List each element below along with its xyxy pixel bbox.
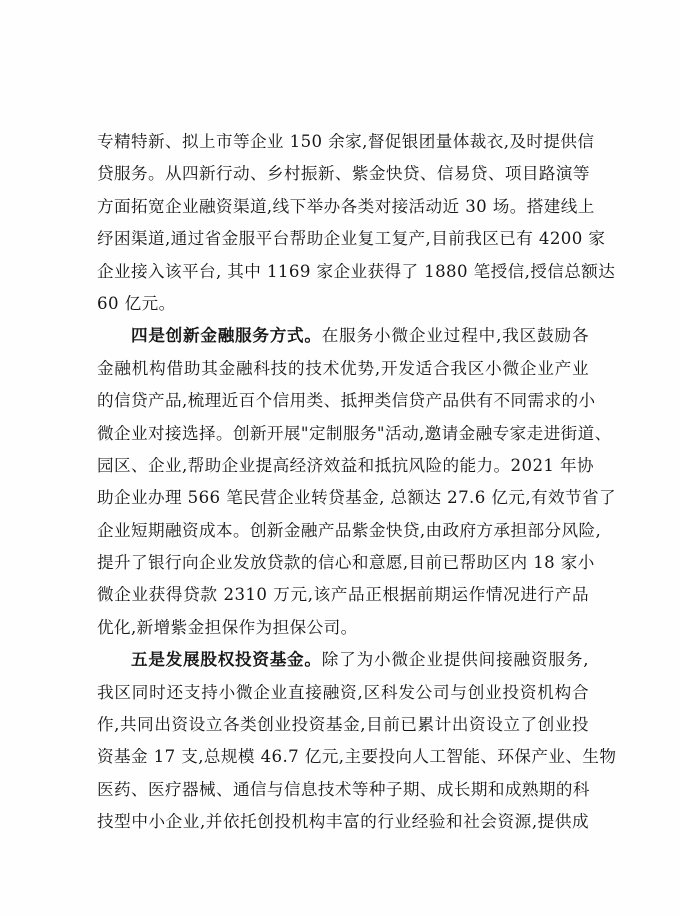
text-fragment: 除了为小微企业提供间接融资服务, xyxy=(322,650,589,669)
document-page: 专精特新、拟上市等企业 150 余家,督促银团量体裁衣,及时提供信 贷服务。从四… xyxy=(97,126,589,839)
text-line: 的信贷产品,梳理近百个信用类、抵押类信贷产品供有不同需求的小 xyxy=(97,385,589,417)
text-line: 微企业获得贷款 2310 万元,该产品正根据前期运作情况进行产品 xyxy=(97,579,589,611)
text-line: 60 亿元。 xyxy=(97,288,589,320)
paragraph-financing-channels: 专精特新、拟上市等企业 150 余家,督促银团量体裁衣,及时提供信 贷服务。从四… xyxy=(97,126,589,320)
text-line-first: 五是发展股权投资基金。除了为小微企业提供间接融资服务, xyxy=(97,644,589,676)
text-line: 金融机构借助其金融科技的技术优势,开发适合我区小微企业产业 xyxy=(97,353,589,385)
text-line: 专精特新、拟上市等企业 150 余家,督促银团量体裁衣,及时提供信 xyxy=(97,126,589,158)
text-line: 技型中小企业,并依托创投机构丰富的行业经验和社会资源,提供成 xyxy=(97,806,589,838)
text-line: 贷服务。从四新行动、乡村振新、紫金快贷、信易贷、项目路演等 xyxy=(97,158,589,190)
section-heading: 五是发展股权投资基金。 xyxy=(131,650,322,669)
paragraph-equity-investment-funds: 五是发展股权投资基金。除了为小微企业提供间接融资服务, 我区同时还支持小微企业直… xyxy=(97,644,589,838)
text-line: 资基金 17 支,总规模 46.7 亿元,主要投向人工智能、环保产业、生物 xyxy=(97,741,589,773)
text-line: 方面拓宽企业融资渠道,线下举办各类对接活动近 30 场。搭建线上 xyxy=(97,191,589,223)
text-line: 优化,新增紫金担保作为担保公司。 xyxy=(97,612,589,644)
text-line: 纾困渠道,通过省金服平台帮助企业复工复产,目前我区已有 4200 家 xyxy=(97,223,589,255)
text-line: 我区同时还支持小微企业直接融资,区科发公司与创业投资机构合 xyxy=(97,677,589,709)
text-line: 助企业办理 566 笔民营企业转贷基金, 总额达 27.6 亿元,有效节省了 xyxy=(97,482,589,514)
text-line: 企业接入该平台, 其中 1169 家企业获得了 1880 笔授信,授信总额达 xyxy=(97,256,589,288)
text-line: 提升了银行向企业发放贷款的信心和意愿,目前已帮助区内 18 家小 xyxy=(97,547,589,579)
text-line: 医药、医疗器械、通信与信息技术等种子期、成长期和成熟期的科 xyxy=(97,774,589,806)
text-line-first: 四是创新金融服务方式。在服务小微企业过程中,我区鼓励各 xyxy=(97,320,589,352)
text-line: 微企业对接选择。创新开展"定制服务"活动,邀请金融专家走进街道、 xyxy=(97,418,589,450)
paragraph-innovate-financial-services: 四是创新金融服务方式。在服务小微企业过程中,我区鼓励各 金融机构借助其金融科技的… xyxy=(97,320,589,644)
text-fragment: 在服务小微企业过程中,我区鼓励各 xyxy=(322,326,589,345)
section-heading: 四是创新金融服务方式。 xyxy=(131,326,322,345)
text-line: 作,共同出资设立各类创业投资基金,目前已累计出资设立了创业投 xyxy=(97,709,589,741)
text-line: 园区、企业,帮助企业提高经济效益和抵抗风险的能力。2021 年协 xyxy=(97,450,589,482)
text-line: 企业短期融资成本。创新金融产品紫金快贷,由政府方承担部分风险, xyxy=(97,515,589,547)
